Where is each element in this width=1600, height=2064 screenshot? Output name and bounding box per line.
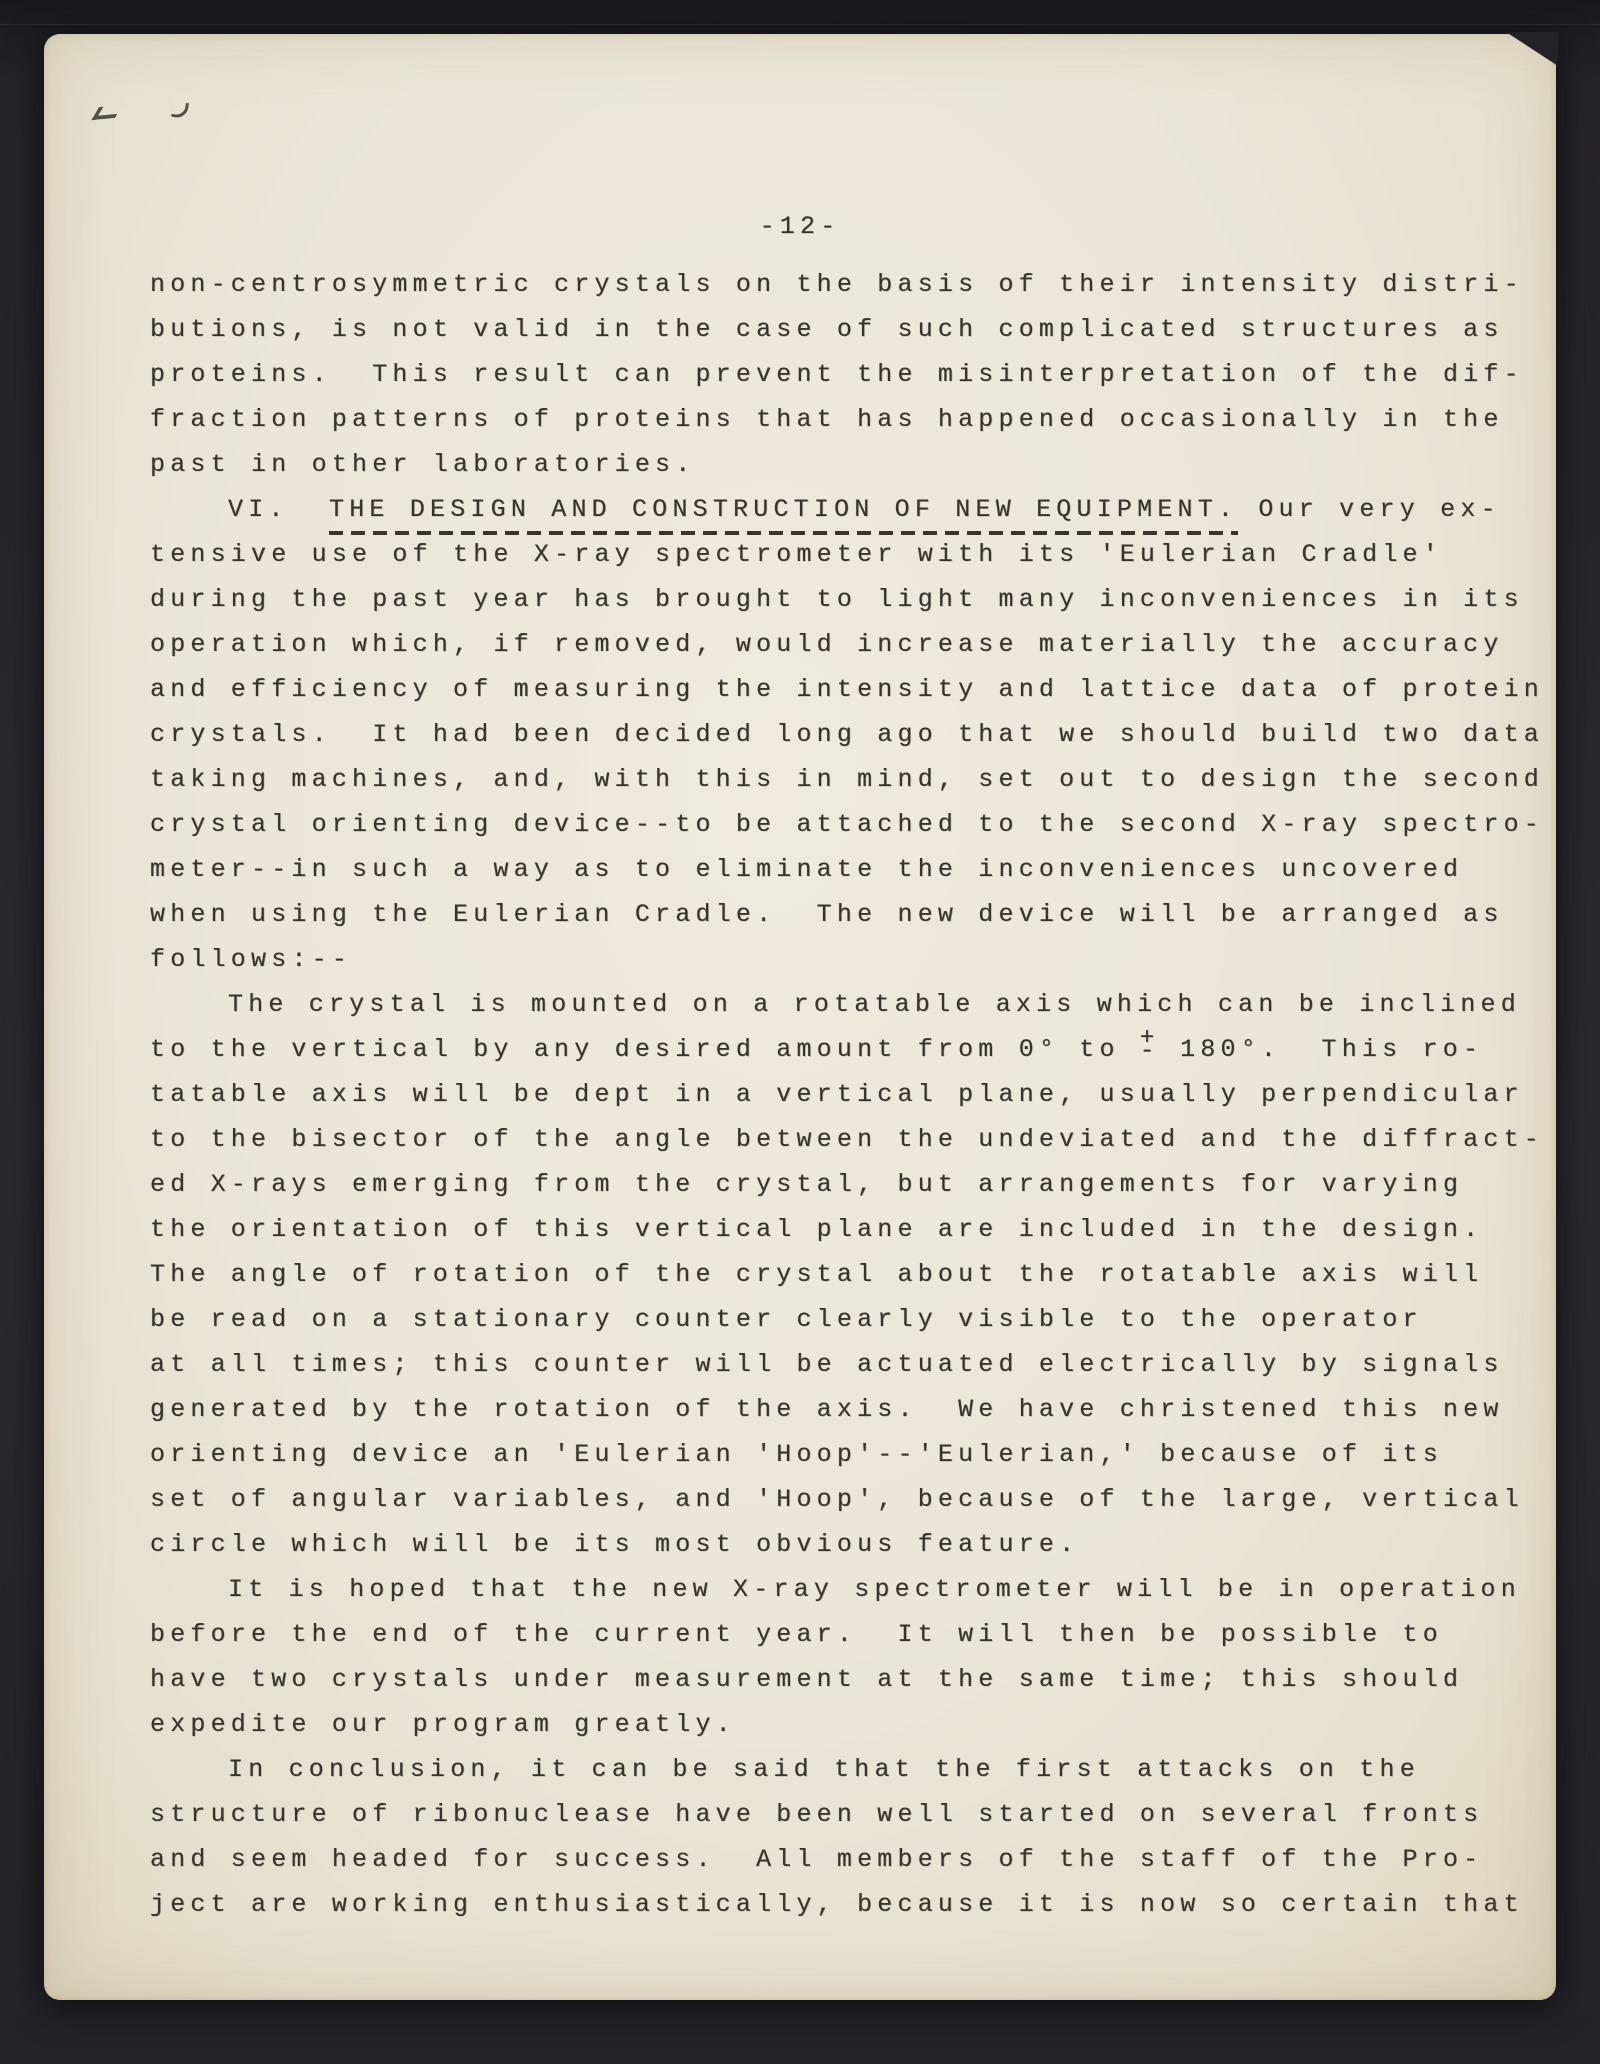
text-line: be read on a stationary counter clearly … bbox=[150, 1297, 1550, 1342]
text-line: non-centrosymmetric crystals on the basi… bbox=[150, 262, 1550, 307]
text-line: to the bisector of the angle between the… bbox=[150, 1117, 1550, 1162]
text-lines: non-centrosymmetric crystals on the basi… bbox=[150, 262, 1550, 1927]
document-page: -12- non-centrosymmetric crystals on the… bbox=[44, 34, 1556, 2000]
page-content: -12- non-centrosymmetric crystals on the… bbox=[44, 34, 1556, 2000]
text-line: crystals. It had been decided long ago t… bbox=[150, 712, 1550, 757]
dashed-underlined-heading: THE DESIGN AND CONSTRUCTION OF NEW EQUIP… bbox=[329, 495, 1238, 535]
text-line: orienting device an 'Eulerian 'Hoop'--'E… bbox=[150, 1432, 1550, 1477]
text-line: when using the Eulerian Cradle. The new … bbox=[150, 892, 1550, 937]
text-line: meter--in such a way as to eliminate the… bbox=[150, 847, 1550, 892]
text-line: at all times; this counter will be actua… bbox=[150, 1342, 1550, 1387]
text-line: follows:-- bbox=[150, 937, 1550, 982]
text-line: fraction patterns of proteins that has h… bbox=[150, 397, 1550, 442]
text-line: set of angular variables, and 'Hoop', be… bbox=[150, 1477, 1550, 1522]
text-line: proteins. This result can prevent the mi… bbox=[150, 352, 1550, 397]
photo-backdrop: -12- non-centrosymmetric crystals on the… bbox=[0, 0, 1600, 2064]
text-line: tensive use of the X-ray spectrometer wi… bbox=[150, 532, 1550, 577]
text-line: expedite our program greatly. bbox=[150, 1702, 1550, 1747]
text-line: ed X-rays emerging from the crystal, but… bbox=[150, 1162, 1550, 1207]
text-line: operation which, if removed, would incre… bbox=[150, 622, 1550, 667]
text-line: the orientation of this vertical plane a… bbox=[150, 1207, 1550, 1252]
text-line: and efficiency of measuring the intensit… bbox=[150, 667, 1550, 712]
text-line: The angle of rotation of the crystal abo… bbox=[150, 1252, 1550, 1297]
text-line: ject are working enthusiastically, becau… bbox=[150, 1882, 1550, 1927]
text-line: circle which will be its most obvious fe… bbox=[150, 1522, 1550, 1567]
text-line: The crystal is mounted on a rotatable ax… bbox=[150, 982, 1550, 1027]
text-line: and seem headed for success. All members… bbox=[150, 1837, 1550, 1882]
section-heading-line: VI. THE DESIGN AND CONSTRUCTION OF NEW E… bbox=[150, 487, 1550, 532]
page-number: -12- bbox=[44, 204, 1556, 249]
text-line: during the past year has brought to ligh… bbox=[150, 577, 1550, 622]
text-line: In conclusion, it can be said that the f… bbox=[150, 1747, 1550, 1792]
text-line: It is hoped that the new X-ray spectrome… bbox=[150, 1567, 1550, 1612]
text-line: taking machines, and, with this in mind,… bbox=[150, 757, 1550, 802]
text-line: crystal orienting device--to be attached… bbox=[150, 802, 1550, 847]
text-line: butions, is not valid in the case of suc… bbox=[150, 307, 1550, 352]
text-line: tatable axis will be dept in a vertical … bbox=[150, 1072, 1550, 1117]
text-line: to the vertical by any desired amount fr… bbox=[150, 1027, 1550, 1072]
plus-minus-symbol: +- bbox=[1140, 1032, 1160, 1058]
text-line: generated by the rotation of the axis. W… bbox=[150, 1387, 1550, 1432]
text-line: structure of ribonuclease have been well… bbox=[150, 1792, 1550, 1837]
text-line: have two crystals under measurement at t… bbox=[150, 1657, 1550, 1702]
text-line: before the end of the current year. It w… bbox=[150, 1612, 1550, 1657]
text-line: past in other laboratories. bbox=[150, 442, 1550, 487]
